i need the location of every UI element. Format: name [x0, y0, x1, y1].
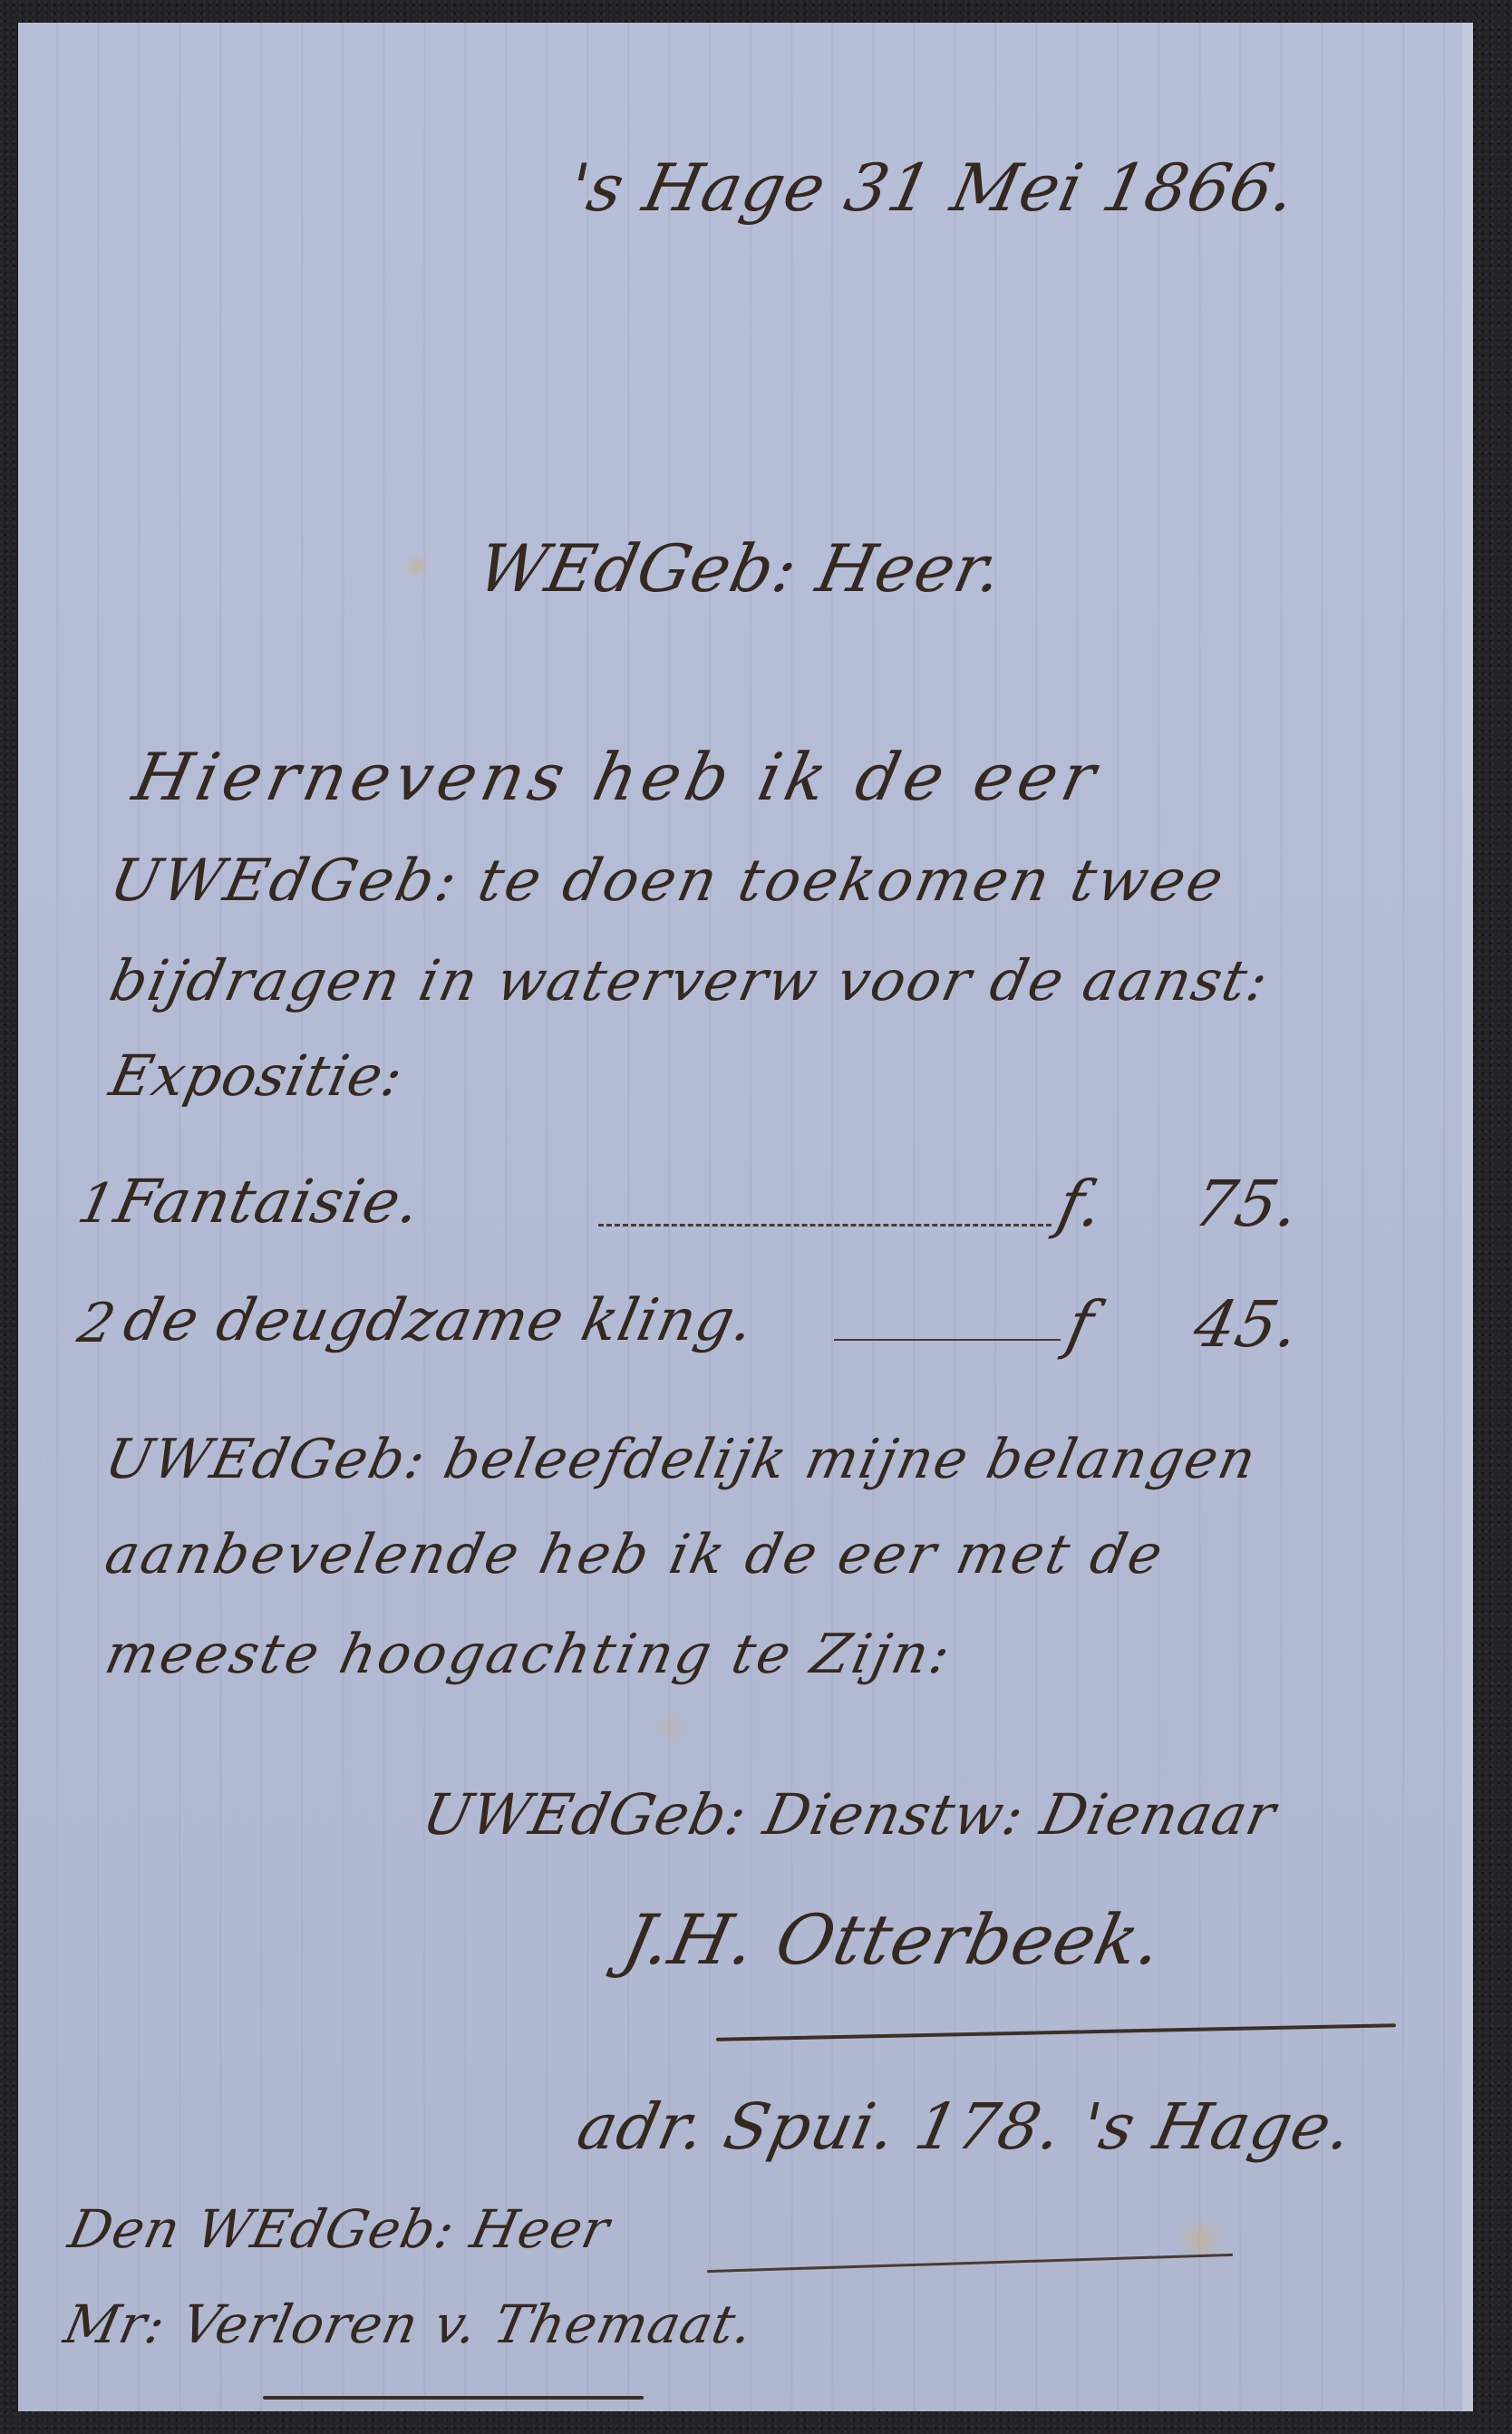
item-2-title: de deugdzame kling. — [118, 1287, 761, 1354]
item-2-currency: f — [1061, 1287, 1100, 1362]
closing-line-3: meeste hoogachting te Zijn: — [100, 1623, 958, 1686]
complimentary-close: UWEdGeb: Dienstw: Dienaar — [417, 1781, 1282, 1847]
signature-underline — [716, 2023, 1396, 2041]
sender-address: adr. Spui. 178. 's Hage. — [571, 2090, 1360, 2164]
salutation: WEdGeb: Heer. — [471, 530, 1010, 606]
item-1-title: Fantaisie. — [109, 1167, 428, 1236]
body-line-4: Expositie: — [104, 1042, 410, 1109]
addressee-underline — [263, 2396, 644, 2400]
closing-line-1: UWEdGeb: beleefdelijk mijne belangen — [100, 1428, 1263, 1491]
ink-stain — [653, 1709, 689, 1745]
letter-paper: 's Hage 31 Mei 1866. WEdGeb: Heer. Hiern… — [18, 23, 1473, 2411]
item-1-price: 75. — [1187, 1167, 1307, 1241]
item-2-number: 2 — [73, 1292, 121, 1355]
addressee-line-2: Mr: Verloren v. Themaat. — [59, 2293, 760, 2355]
ink-stain — [403, 553, 431, 580]
body-line-3: bijdragen in waterverw voor de aanst: — [104, 947, 1275, 1013]
address-underline — [707, 2254, 1233, 2273]
item-2-price: 45. — [1187, 1287, 1307, 1362]
item-1-leader — [598, 1224, 1052, 1227]
body-line-2: UWEdGeb: te doen toekomen twee — [104, 848, 1232, 915]
item-2-leader — [834, 1339, 1061, 1341]
place-date: 's Hage 31 Mei 1866. — [562, 150, 1304, 226]
item-1-currency: f. — [1052, 1167, 1110, 1241]
signature-name: J.H. Otterbeek. — [616, 1899, 1170, 1980]
addressee-line-1: Den WEdGeb: Heer — [63, 2198, 615, 2260]
body-line-1: Hiernevens heb ik de eer — [127, 739, 1108, 815]
closing-line-2: aanbevelende heb ik de eer met de — [100, 1523, 1170, 1586]
